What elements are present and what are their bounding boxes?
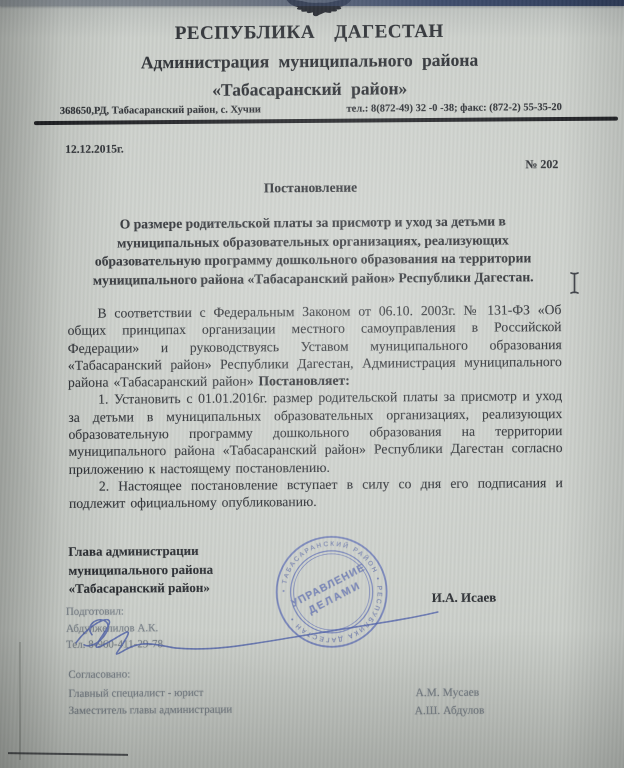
document-body: В соответствии с Федеральным Законом от … <box>67 301 563 512</box>
agreed-row2-title: Заместитель главы администрации <box>69 704 233 717</box>
letterhead-administration: Администрация муниципального района <box>0 49 622 75</box>
letterhead-address: 368650,РД, Табасаранский район, с. Хучни <box>60 104 261 117</box>
screen-top-edge <box>0 0 624 6</box>
handwritten-signature <box>62 594 463 677</box>
item-2-paragraph: 2. Настоящее постановление вступает в си… <box>69 474 563 512</box>
agreed-row1-title: Главный специалист - юрист <box>68 687 203 700</box>
resolves-keyword: Постановляет: <box>258 373 349 389</box>
signatory-title-line: Глава администрации <box>68 542 213 562</box>
letterhead-district: «Табасаранский район» <box>0 77 622 103</box>
document-number: № 202 <box>525 157 558 172</box>
intro-paragraph: В соответствии с Федеральным Законом от … <box>67 301 562 391</box>
letterhead-phone-fax: тел.: 8(872-49) 32 -0 -38; факс: (872-2)… <box>346 102 561 115</box>
agreed-label: Согласовано: <box>68 668 130 680</box>
document-title: О размере родительской платы за присмотр… <box>71 212 556 290</box>
document-page: РЕСПУБЛИКА ДАГЕСТАН Администрация муници… <box>0 0 624 768</box>
agreed-row2-name: А.Ш. Абдулов <box>415 705 485 718</box>
letterhead-republic: РЕСПУБЛИКА ДАГЕСТАН <box>0 20 621 47</box>
title-line: муниципального района «Табасаранский рай… <box>71 268 555 290</box>
item-1-paragraph: 1. Установить с 01.01.2016г. размер роди… <box>68 388 563 478</box>
photo-fold-edge <box>19 642 21 760</box>
signatory-title-line: муниципального района <box>68 560 213 580</box>
document-type-heading: Постановление <box>0 178 623 199</box>
document-date: 12.12.2015г. <box>65 143 124 155</box>
letterhead-divider <box>34 117 618 126</box>
signatory-title-block: Глава администрации муниципального район… <box>68 542 213 599</box>
scanned-document-photo: РЕСПУБЛИКА ДАГЕСТАН Администрация муници… <box>0 0 624 768</box>
text-cursor-icon <box>568 271 581 300</box>
letterhead-contacts-row: 368650,РД, Табасаранский район, с. Хучни… <box>60 102 562 117</box>
agreed-row1-name: А.М. Мусаев <box>415 687 479 700</box>
